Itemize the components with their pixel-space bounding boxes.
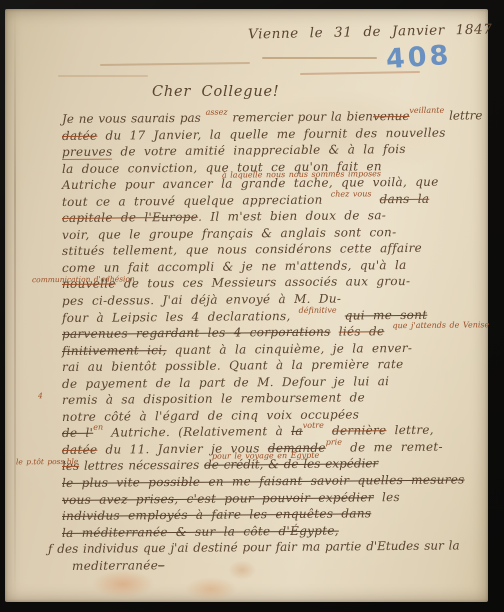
interline-correction: prie bbox=[326, 437, 342, 446]
letter-text bbox=[331, 325, 339, 339]
margin-correction-note: 4 bbox=[38, 388, 43, 405]
struck-text: parvenues regardant les 4 corporations bbox=[62, 325, 331, 341]
letter-text: four à Leipsic les 4 declarations, bbox=[62, 308, 299, 324]
letter-body: Je ne vous saurais pas assez remercier p… bbox=[62, 111, 482, 574]
letter-text: lettre, bbox=[386, 423, 434, 437]
letter-text: remercier pour la bien bbox=[228, 109, 374, 124]
letter-text: tout ce a trouvé quelque appreciation bbox=[62, 192, 331, 208]
struck-text: dans la bbox=[380, 192, 430, 206]
struck-text: finitivement ici, bbox=[62, 343, 167, 358]
letter-text: rai au bientôt possible. Quant à la prem… bbox=[62, 357, 404, 374]
interline-correction: assez bbox=[206, 108, 228, 117]
paper-crease-streak bbox=[262, 57, 377, 59]
paper-crease-streak bbox=[58, 75, 148, 77]
letter-text bbox=[371, 192, 379, 206]
letter-text: des individus que j'ai destiné pour fair… bbox=[57, 539, 459, 557]
interline-correction: à laquelle nous nous sommes imposés bbox=[222, 166, 381, 184]
letter-text: du 17 Janvier, la quelle me fournit des … bbox=[97, 125, 445, 142]
interline-correction: votre bbox=[303, 421, 324, 430]
struck-text: dernière bbox=[332, 424, 387, 438]
interline-correction: définitive bbox=[299, 305, 337, 314]
letter-text: . Il m'est bien doux de sa- bbox=[198, 208, 386, 224]
letter-text: de me remet- bbox=[342, 440, 443, 455]
letter-text: les bbox=[374, 490, 400, 504]
letter-text: de votre amitié inappreciable & à la foi… bbox=[112, 142, 406, 159]
struck-text: datée bbox=[62, 128, 97, 142]
struck-text: individus employés à faire les enquêtes … bbox=[62, 506, 371, 523]
interline-correction: en bbox=[93, 423, 103, 432]
struck-text: la méditerranée & sur la côte d'Égypte, bbox=[62, 523, 339, 539]
letter-text: de payement de la part de M. Defour je l… bbox=[62, 374, 389, 391]
struck-text: vous avez prises, c'est pour pouvoir exp… bbox=[62, 490, 374, 507]
letter-text: de tous ces Messieurs associés aux grou- bbox=[116, 274, 411, 291]
letter-text: Je ne vous saurais pas bbox=[62, 111, 206, 126]
letter-text: quant à la cinquième, je la enver- bbox=[166, 341, 412, 357]
interline-correction: que j'attends de Venise bbox=[392, 320, 489, 330]
interline-correction: chez vous bbox=[331, 189, 372, 198]
archival-number-stamp: 408 bbox=[385, 40, 452, 75]
letter-line: mediterranée– bbox=[72, 554, 482, 574]
letter-text: lettres nécessaires bbox=[79, 458, 204, 473]
letter-text bbox=[384, 324, 392, 338]
margin-correction-note: le p.tôt poss.ble bbox=[16, 454, 79, 471]
interline-correction: veillante bbox=[409, 106, 444, 115]
interline-correction: pour le voyage en Égypte bbox=[212, 448, 319, 465]
paper-fold-line bbox=[14, 10, 16, 601]
struck-text: de l' bbox=[62, 426, 93, 440]
struck-text: la bbox=[291, 424, 303, 438]
struck-text: – bbox=[158, 558, 164, 572]
letter-text bbox=[337, 308, 345, 322]
struck-text: venue bbox=[373, 109, 410, 123]
letter-text: lettre bbox=[444, 108, 482, 122]
struck-text: liés de bbox=[339, 324, 385, 338]
letter-text: remis à sa disposition le remboursement … bbox=[62, 391, 365, 408]
letter-text: Autriche. (Relativement à bbox=[103, 424, 291, 440]
margin-correction-note: communication d'adhésion bbox=[32, 272, 135, 289]
letter-text: mediterranée bbox=[72, 558, 158, 573]
letter-text: stitués tellement, que nous considérons … bbox=[62, 241, 422, 258]
struck-text: le plus vite possible en me faisant savo… bbox=[62, 473, 465, 491]
letter-salutation: Cher Collegue! bbox=[152, 84, 279, 100]
struck-text: qui me sont bbox=[345, 307, 428, 322]
letter-text: voir, que le groupe français & anglais s… bbox=[62, 225, 397, 242]
letter-text: ƒ bbox=[48, 542, 57, 556]
letter-text: preuves bbox=[62, 145, 113, 160]
struck-text: capitale de l'Europe bbox=[62, 210, 198, 225]
letter-text bbox=[324, 424, 332, 438]
paper-stain bbox=[185, 577, 237, 601]
